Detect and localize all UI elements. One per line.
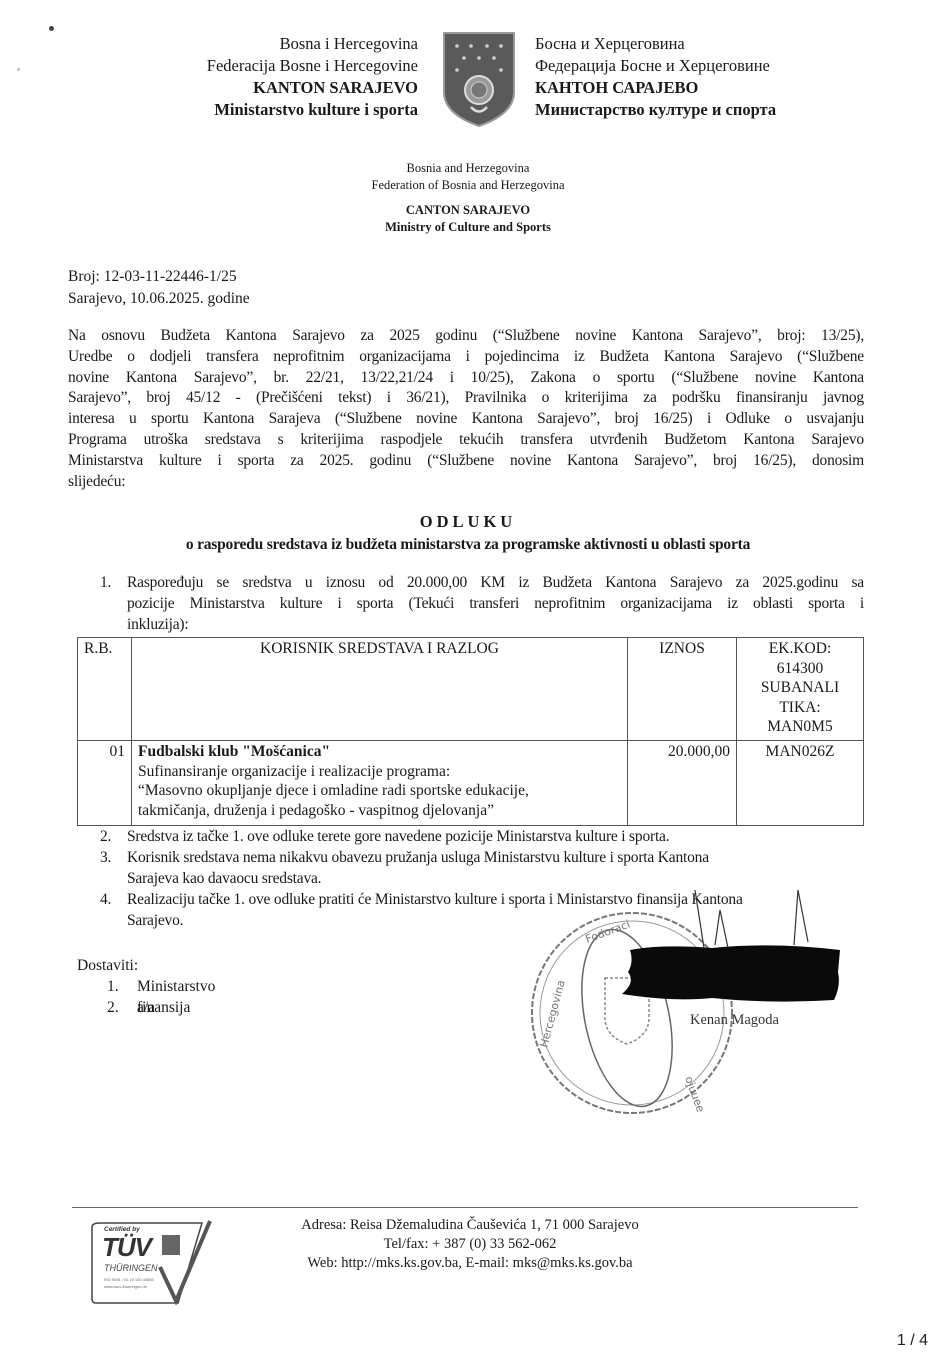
place-date: Sarajevo, 10.06.2025. godine — [68, 288, 250, 310]
intro-line: Na osnovu Budžeta Kantona Sarajevo za 20… — [68, 326, 864, 347]
distribution-item: a/a — [137, 997, 155, 1018]
letterhead-federation-en: Federation of Bosnia and Herzegovina — [300, 177, 636, 194]
table-row: 01 Fudbalski klub "Mošćanica" Sufinansir… — [78, 741, 864, 826]
signatory-name: Kenan Magoda — [690, 1012, 779, 1029]
letterhead-cyrillic: Босна и Херцеговина Федерација Босне и Х… — [535, 33, 875, 121]
page-indicator: 1 / 4 — [897, 1332, 928, 1350]
reference-number: Broj: 12-03-11-22446-1/25 — [68, 266, 250, 288]
beneficiary-desc-line: “Masovno okupljanje djece i omladine rad… — [138, 781, 621, 801]
intro-line: interesa u sportu Kantona Sarajeva (“Slu… — [68, 409, 864, 430]
redacted-signature-block — [622, 942, 842, 1004]
item-line: Sredstva iz tačke 1. ove odluke terete g… — [127, 827, 669, 848]
allocation-table: R.B. KORISNIK SREDSTAVA I RAZLOG IZNOS E… — [77, 637, 864, 826]
document-reference: Broj: 12-03-11-22446-1/25 Sarajevo, 10.0… — [68, 266, 250, 310]
letterhead-canton: KANTON SARAJEVO — [120, 77, 418, 99]
ek-kod-line: EK.KOD: — [743, 639, 857, 659]
intro-line: Uredbe o dodjeli transfera neprofitnim o… — [68, 347, 864, 368]
decision-item-1: 1. Raspoređuju se sredstva u iznosu od 2… — [100, 573, 864, 637]
item-number: 1. — [100, 573, 111, 594]
tuv-region: THÜRINGEN — [104, 1263, 158, 1273]
item-number: 3. — [100, 848, 111, 869]
cell-iznos: 20.000,00 — [628, 741, 737, 826]
footer-telfax: Tel/fax: + 387 (0) 33 562-062 — [260, 1235, 680, 1254]
distribution-list: Dostaviti: 1. Ministarstvo finansija 2. … — [77, 955, 138, 1018]
letterhead-canton-cyr: КАНТОН САРАЈЕВО — [535, 77, 875, 99]
beneficiary-name: Fudbalski klub "Mošćanica" — [138, 742, 621, 762]
item-number: 4. — [100, 890, 111, 911]
svg-text:ojuuee: ojuuee — [682, 1075, 707, 1115]
decision-title: ODLUKU — [0, 512, 936, 532]
letterhead-federation-cyr: Федерација Босне и Херцеговине — [535, 55, 875, 77]
item-number: 2. — [100, 827, 111, 848]
table-header-row: R.B. KORISNIK SREDSTAVA I RAZLOG IZNOS E… — [78, 638, 864, 741]
footer-web-email: Web: http://mks.ks.gov.ba, E-mail: mks@m… — [260, 1254, 680, 1273]
tuv-website: www.tuev-thueringen.de — [104, 1284, 147, 1289]
intro-line: slijedeću: — [68, 472, 864, 493]
scan-speck — [17, 68, 20, 71]
letterhead-country-cyr: Босна и Херцеговина — [535, 33, 875, 55]
tuv-brand: TÜV — [102, 1232, 151, 1263]
intro-line: Programa utroška sredstava s kriterijima… — [68, 430, 864, 451]
letterhead-ministry-en: Ministry of Culture and Sports — [300, 219, 636, 236]
letterhead-ministry-cyr: Министарство културе и спорта — [535, 99, 875, 121]
tuv-fine-print: ISO 9001 / ID 15 100 43660 — [104, 1277, 154, 1282]
header-iznos: IZNOS — [628, 638, 737, 741]
letterhead-latin: Bosna i Hercegovina Federacija Bosne i H… — [120, 33, 418, 121]
decision-item-3: 3. Korisnik sredstava nema nikakvu obave… — [100, 848, 864, 890]
signature-strokes — [690, 890, 820, 950]
letterhead-canton-en: CANTON SARAJEVO — [300, 202, 636, 219]
intro-line: novine Kantona Sarajevo”, br. 22/21, 13/… — [68, 368, 864, 389]
footer-contact: Adresa: Reisa Džemaludina Čauševića 1, 7… — [260, 1216, 680, 1273]
canton-sarajevo-coat-of-arms-icon — [441, 30, 517, 128]
cell-korisnik: Fudbalski klub "Mošćanica" Sufinansiranj… — [132, 741, 628, 826]
footer-address: Adresa: Reisa Džemaludina Čauševića 1, 7… — [260, 1216, 680, 1235]
header-ek-kod: EK.KOD: 614300 SUBANALI TIKA: MAN0M5 — [737, 638, 864, 741]
item-line: inkluzija): — [127, 615, 864, 636]
decision-subtitle: o rasporedu sredstava iz budžeta minista… — [0, 536, 936, 554]
beneficiary-desc-line: Sufinansiranje organizacije i realizacij… — [138, 762, 621, 782]
ek-kod-line: 614300 — [743, 659, 857, 679]
item-line: Korisnik sredstava nema nikakvu obavezu … — [127, 848, 709, 869]
cell-ek-kod: MAN026Z — [737, 741, 864, 826]
svg-text:Hercegovina: Hercegovina — [537, 979, 567, 1049]
item-line: pozicije Ministarstva kulture i sporta (… — [127, 594, 864, 615]
cell-rb: 01 — [78, 741, 132, 826]
distribution-label: Dostaviti: — [77, 955, 138, 976]
distribution-num: 1. — [107, 976, 119, 997]
intro-line: Sarajevo”, broj 45/12 - (Prečišćeni teks… — [68, 388, 864, 409]
footer-divider — [72, 1207, 858, 1208]
tuv-certification-logo: Certified by TÜV THÜRINGEN ISO 9001 / ID… — [90, 1217, 218, 1305]
ek-kod-line: SUBANALI — [743, 678, 857, 698]
letterhead-federation: Federacija Bosne i Hercegovine — [120, 55, 418, 77]
beneficiary-desc-line: takmičanja, druženja i pedagoško - vaspi… — [138, 801, 621, 821]
ek-kod-line: TIKA: — [743, 698, 857, 718]
letterhead-ministry: Ministarstvo kulture i sporta — [120, 99, 418, 121]
letterhead-country: Bosna i Hercegovina — [120, 33, 418, 55]
scan-speck — [49, 26, 54, 31]
header-rb: R.B. — [78, 638, 132, 741]
item-line: Raspoređuju se sredstva u iznosu od 20.0… — [127, 573, 864, 594]
ek-kod-line: MAN0M5 — [743, 717, 857, 737]
letterhead-english: Bosnia and Herzegovina Federation of Bos… — [300, 160, 636, 236]
letterhead-country-en: Bosnia and Herzegovina — [300, 160, 636, 177]
legal-basis-paragraph: Na osnovu Budžeta Kantona Sarajevo za 20… — [68, 326, 864, 492]
distribution-num: 2. — [107, 997, 119, 1018]
intro-line: Ministarstva kulture i sporta za 2025. g… — [68, 451, 864, 472]
decision-item-2: 2. Sredstva iz tačke 1. ove odluke teret… — [100, 827, 864, 848]
header-korisnik: KORISNIK SREDSTAVA I RAZLOG — [132, 638, 628, 741]
item-line: Sarajeva kao davaocu sredstava. — [127, 869, 709, 890]
